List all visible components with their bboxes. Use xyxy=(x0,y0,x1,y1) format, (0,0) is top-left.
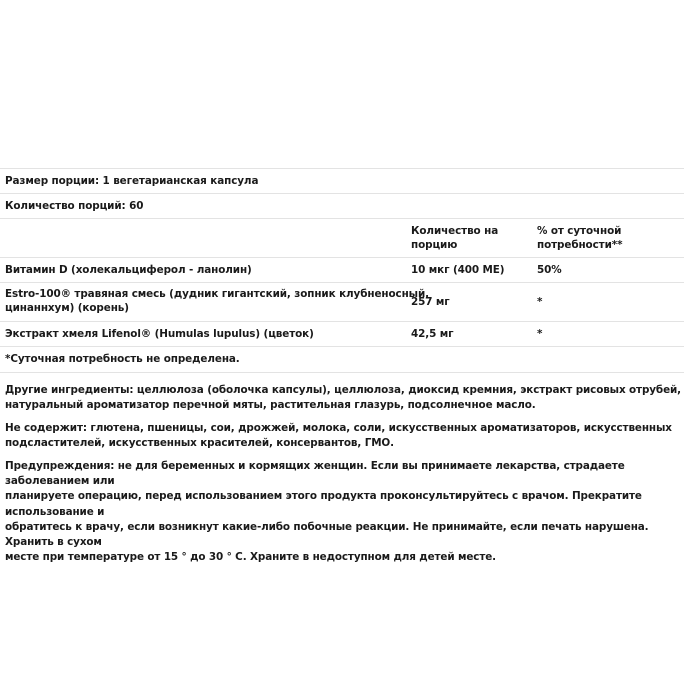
other-ingredients-line2: натуральный ароматизатор перечной мяты, … xyxy=(5,398,685,413)
table-divider xyxy=(0,372,684,373)
dv-header-line1: % от суточной xyxy=(537,224,622,238)
daily-value-footnote: *Суточная потребность не определена. xyxy=(5,352,240,366)
table-divider xyxy=(0,257,684,258)
daily-value-header: % от суточной потребности** xyxy=(537,224,622,252)
amount-per-serving-header: Количество на порцию xyxy=(411,224,498,252)
servings-per-container: Количество порций: 60 xyxy=(5,199,143,213)
ingredient-name-line2: цинаннхум) (корень) xyxy=(5,301,429,315)
ingredient-name: Витамин D (холекальциферол - ланолин) xyxy=(5,263,252,277)
table-divider xyxy=(0,218,684,219)
warnings-line2: планируете операцию, перед использование… xyxy=(5,489,685,519)
free-from-line2: подсластителей, искусственных красителей… xyxy=(5,436,685,451)
supplement-label: Размер порции: 1 вегетарианская капсула … xyxy=(0,0,688,688)
amount-header-line1: Количество на xyxy=(411,224,498,238)
ingredient-dv: * xyxy=(537,295,542,309)
ingredient-name: Экстракт хмеля Lifenol® (Humulas lupulus… xyxy=(5,327,314,341)
warnings-line3: обратитесь к врачу, если возникнут какие… xyxy=(5,520,685,550)
dv-header-line2: потребности** xyxy=(537,238,622,252)
other-ingredients-line1: Другие ингредиенты: целлюлоза (оболочка … xyxy=(5,383,685,398)
free-from-statement: Не содержит: глютена, пшеницы, сои, дрож… xyxy=(5,421,685,451)
other-ingredients: Другие ингредиенты: целлюлоза (оболочка … xyxy=(5,383,685,413)
ingredient-amount: 10 мкг (400 МЕ) xyxy=(411,263,504,277)
amount-header-line2: порцию xyxy=(411,238,498,252)
table-divider xyxy=(0,168,684,169)
table-divider xyxy=(0,282,684,283)
ingredient-dv: 50% xyxy=(537,263,562,277)
ingredient-dv: * xyxy=(537,327,542,341)
ingredient-amount: 257 мг xyxy=(411,295,450,309)
table-divider xyxy=(0,346,684,347)
warnings-line1: Предупреждения: не для беременных и корм… xyxy=(5,459,685,489)
free-from-line1: Не содержит: глютена, пшеницы, сои, дрож… xyxy=(5,421,685,436)
ingredient-name-line1: Estro-100® травяная смесь (дудник гигант… xyxy=(5,287,429,301)
table-divider xyxy=(0,321,684,322)
table-divider xyxy=(0,193,684,194)
serving-size: Размер порции: 1 вегетарианская капсула xyxy=(5,174,258,188)
warnings: Предупреждения: не для беременных и корм… xyxy=(5,459,685,565)
ingredient-amount: 42,5 мг xyxy=(411,327,453,341)
ingredient-name: Estro-100® травяная смесь (дудник гигант… xyxy=(5,287,429,315)
warnings-line4: месте при температуре от 15 ° до 30 ° C.… xyxy=(5,550,685,565)
